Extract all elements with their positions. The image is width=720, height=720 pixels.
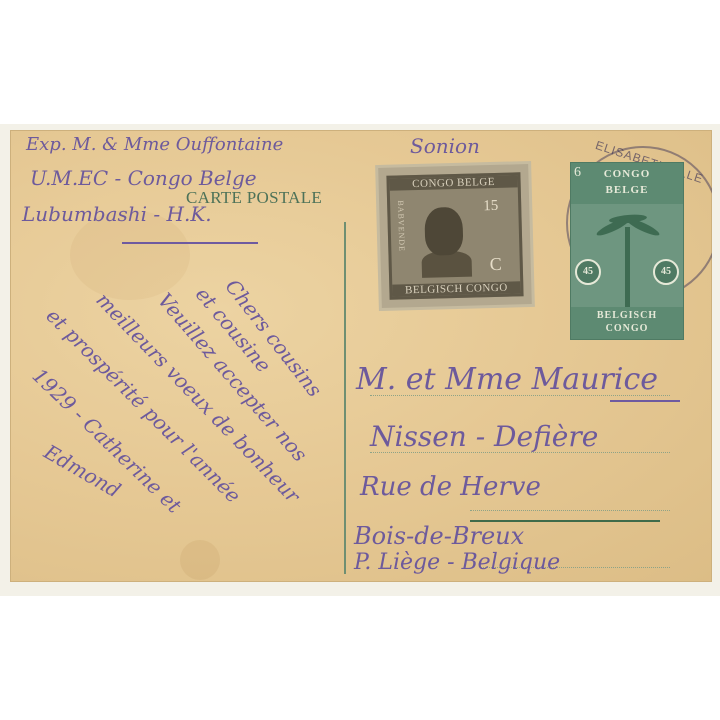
stamp-corner-value: 6	[574, 165, 581, 181]
stamp-top-text: CONGO BELGE	[389, 175, 517, 190]
address-line-2: Nissen - Defière	[370, 420, 598, 453]
stamp-portrait-15c: CONGO BELGE BABVENDE 15 C BELGISCH CONGO	[378, 164, 532, 308]
stamp-header: CONGO BELGE	[571, 163, 683, 204]
address-line	[470, 510, 670, 511]
stamp-value-unit: C	[489, 254, 502, 275]
postcard: CARTE POSTALE ELISABETHVILLE CONGO BELGE…	[10, 130, 712, 582]
sender-line: U.M.EC - Congo Belge	[30, 166, 257, 190]
address-line-5: P. Liège - Belgique	[354, 550, 560, 575]
stamp-value-left: 45	[575, 259, 601, 285]
stamp-header-line: CONGO	[571, 166, 683, 182]
sender-note: Sonion	[410, 134, 480, 158]
stamp-value-right: 45	[653, 259, 679, 285]
stamp-side-text: BABVENDE	[396, 200, 406, 252]
ink-underline	[122, 242, 258, 244]
palm-trunk-icon	[625, 227, 630, 307]
message-block: Chers cousins et cousine Veuillez accept…	[30, 270, 350, 570]
address-line-1: M. et Mme Maurice	[356, 362, 658, 397]
stamp-footer-line: BELGISCH	[571, 309, 683, 322]
sender-line: Exp. M. & Mme Ouffontaine	[26, 134, 283, 155]
portrait-head-icon	[424, 207, 463, 256]
address-line-3: Rue de Herve	[360, 472, 541, 502]
stamp-bottom-text: BELGISCH CONGO	[392, 281, 520, 296]
ink-underline	[610, 400, 680, 402]
stamp-footer-line: CONGO	[571, 322, 683, 335]
address-line-4: Bois-de-Breux	[354, 522, 524, 550]
stamp-frame: CONGO BELGE BABVENDE 15 C BELGISCH CONGO	[386, 172, 523, 299]
stamp-header-line: BELGE	[571, 182, 683, 198]
stamp-value: 15	[483, 198, 498, 215]
sender-line: Lubumbashi - H.K.	[22, 202, 212, 226]
stamp-palm-45c: CONGO BELGE 6 45 45 BELGISCH CONGO	[570, 162, 684, 340]
stamp-footer: BELGISCH CONGO	[571, 307, 683, 339]
